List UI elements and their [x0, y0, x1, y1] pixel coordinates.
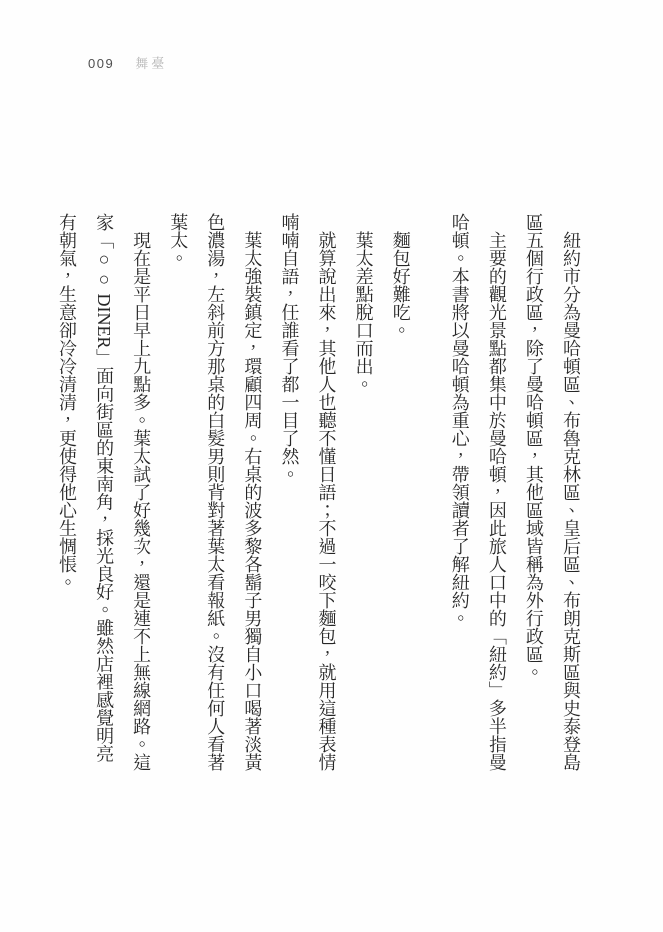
story-paragraph: 葉太強裝鎮定，環顧四周。右桌的波多黎各鬍子男獨自小口喝著淡黃色濃湯，左斜前方那桌…	[159, 213, 270, 775]
intro-section: 紐約市分為曼哈頓區、布魯克林區、皇后區、布朗克斯區與史泰登島區五個行政區，除了曼…	[441, 213, 589, 775]
running-head: 009 舞臺	[88, 53, 167, 72]
story-paragraph: 現在是平日早上九點多。葉太試了好幾次，還是連不上無線網路。這家「○○ DINER…	[48, 213, 159, 775]
book-page: 009 舞臺 紐約市分為曼哈頓區、布魯克林區、皇后區、布朗克斯區與史泰登島區五個…	[0, 0, 663, 932]
story-paragraph: 葉太差點脫口而出。	[345, 213, 382, 775]
page-number: 009	[88, 56, 114, 71]
story-paragraph: 麵包好難吃。	[382, 213, 419, 775]
chapter-title: 舞臺	[135, 53, 167, 72]
vertical-text-block: 紐約市分為曼哈頓區、布魯克林區、皇后區、布朗克斯區與史泰登島區五個行政區，除了曼…	[48, 213, 589, 775]
intro-paragraph: 主要的觀光景點都集中於曼哈頓，因此旅人口中的「紐約」多半指曼哈頓。本書將以曼哈頓…	[441, 213, 515, 775]
story-paragraph: 就算說出來，其他人也聽不懂日語；不過一咬下麵包，就用這種表情喃喃自語，任誰看了都…	[270, 213, 344, 775]
intro-paragraph: 紐約市分為曼哈頓區、布魯克林區、皇后區、布朗克斯區與史泰登島區五個行政區，除了曼…	[515, 213, 589, 775]
story-section: 麵包好難吃。 葉太差點脫口而出。 就算說出來，其他人也聽不懂日語；不過一咬下麵包…	[48, 213, 419, 775]
